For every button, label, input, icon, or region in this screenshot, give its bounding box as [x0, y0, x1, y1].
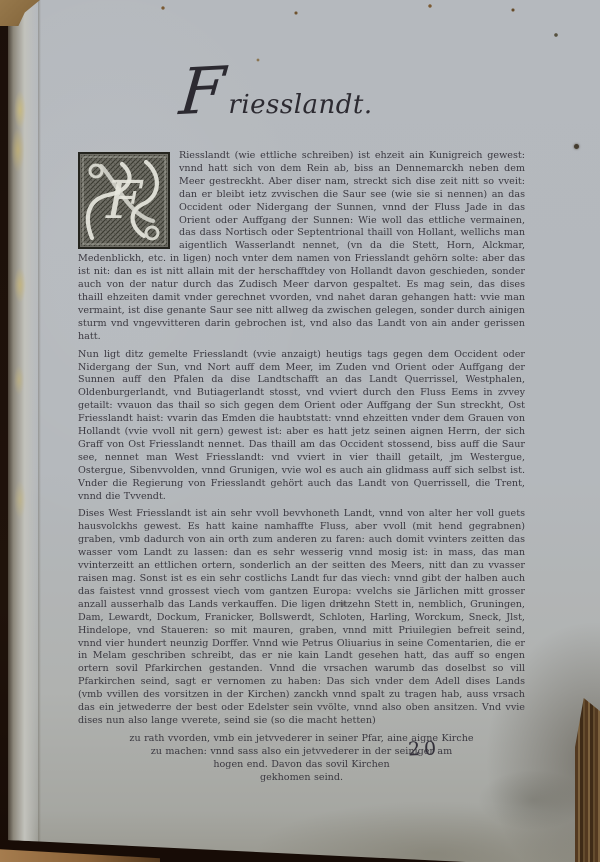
colophon-line: hogen end. Davon das sovil Kirchen [78, 759, 525, 772]
drop-cap-woodcut: F [78, 152, 170, 249]
title-initial: F [177, 59, 227, 125]
paragraph: Nun ligt ditz gemelte Friesslandt (vvie … [78, 349, 525, 504]
colophon-line: gekhomen seind. [78, 772, 525, 785]
table-surface-corner [0, 847, 160, 862]
drop-cap-letter: F [105, 171, 144, 231]
text-block: F Riesslandt (wie ettliche schreiben) is… [78, 150, 525, 785]
title-rest: riesslandt. [228, 90, 372, 120]
colophon-taper: zu rath vvorden, vmb ein jetvvederer in … [78, 733, 525, 785]
page-number: 20 [408, 737, 441, 760]
gutter-crease [38, 0, 41, 862]
paragraph: Dises West Friesslandt ist ain sehr vvol… [78, 508, 525, 727]
book-photo: Friesslandt. [0, 0, 600, 862]
wormhole-spot [574, 144, 579, 149]
gutter-page-edges [8, 0, 38, 862]
colophon-line: zu machen: vnnd sass also ein jetvvedere… [78, 746, 525, 759]
book-page: Friesslandt. [8, 0, 600, 862]
colophon-line: zu rath vvorden, vmb ein jetvvederer in … [78, 733, 525, 746]
paragraph: F Riesslandt (wie ettliche schreiben) is… [78, 150, 525, 344]
page-title: Friesslandt. [180, 60, 373, 124]
